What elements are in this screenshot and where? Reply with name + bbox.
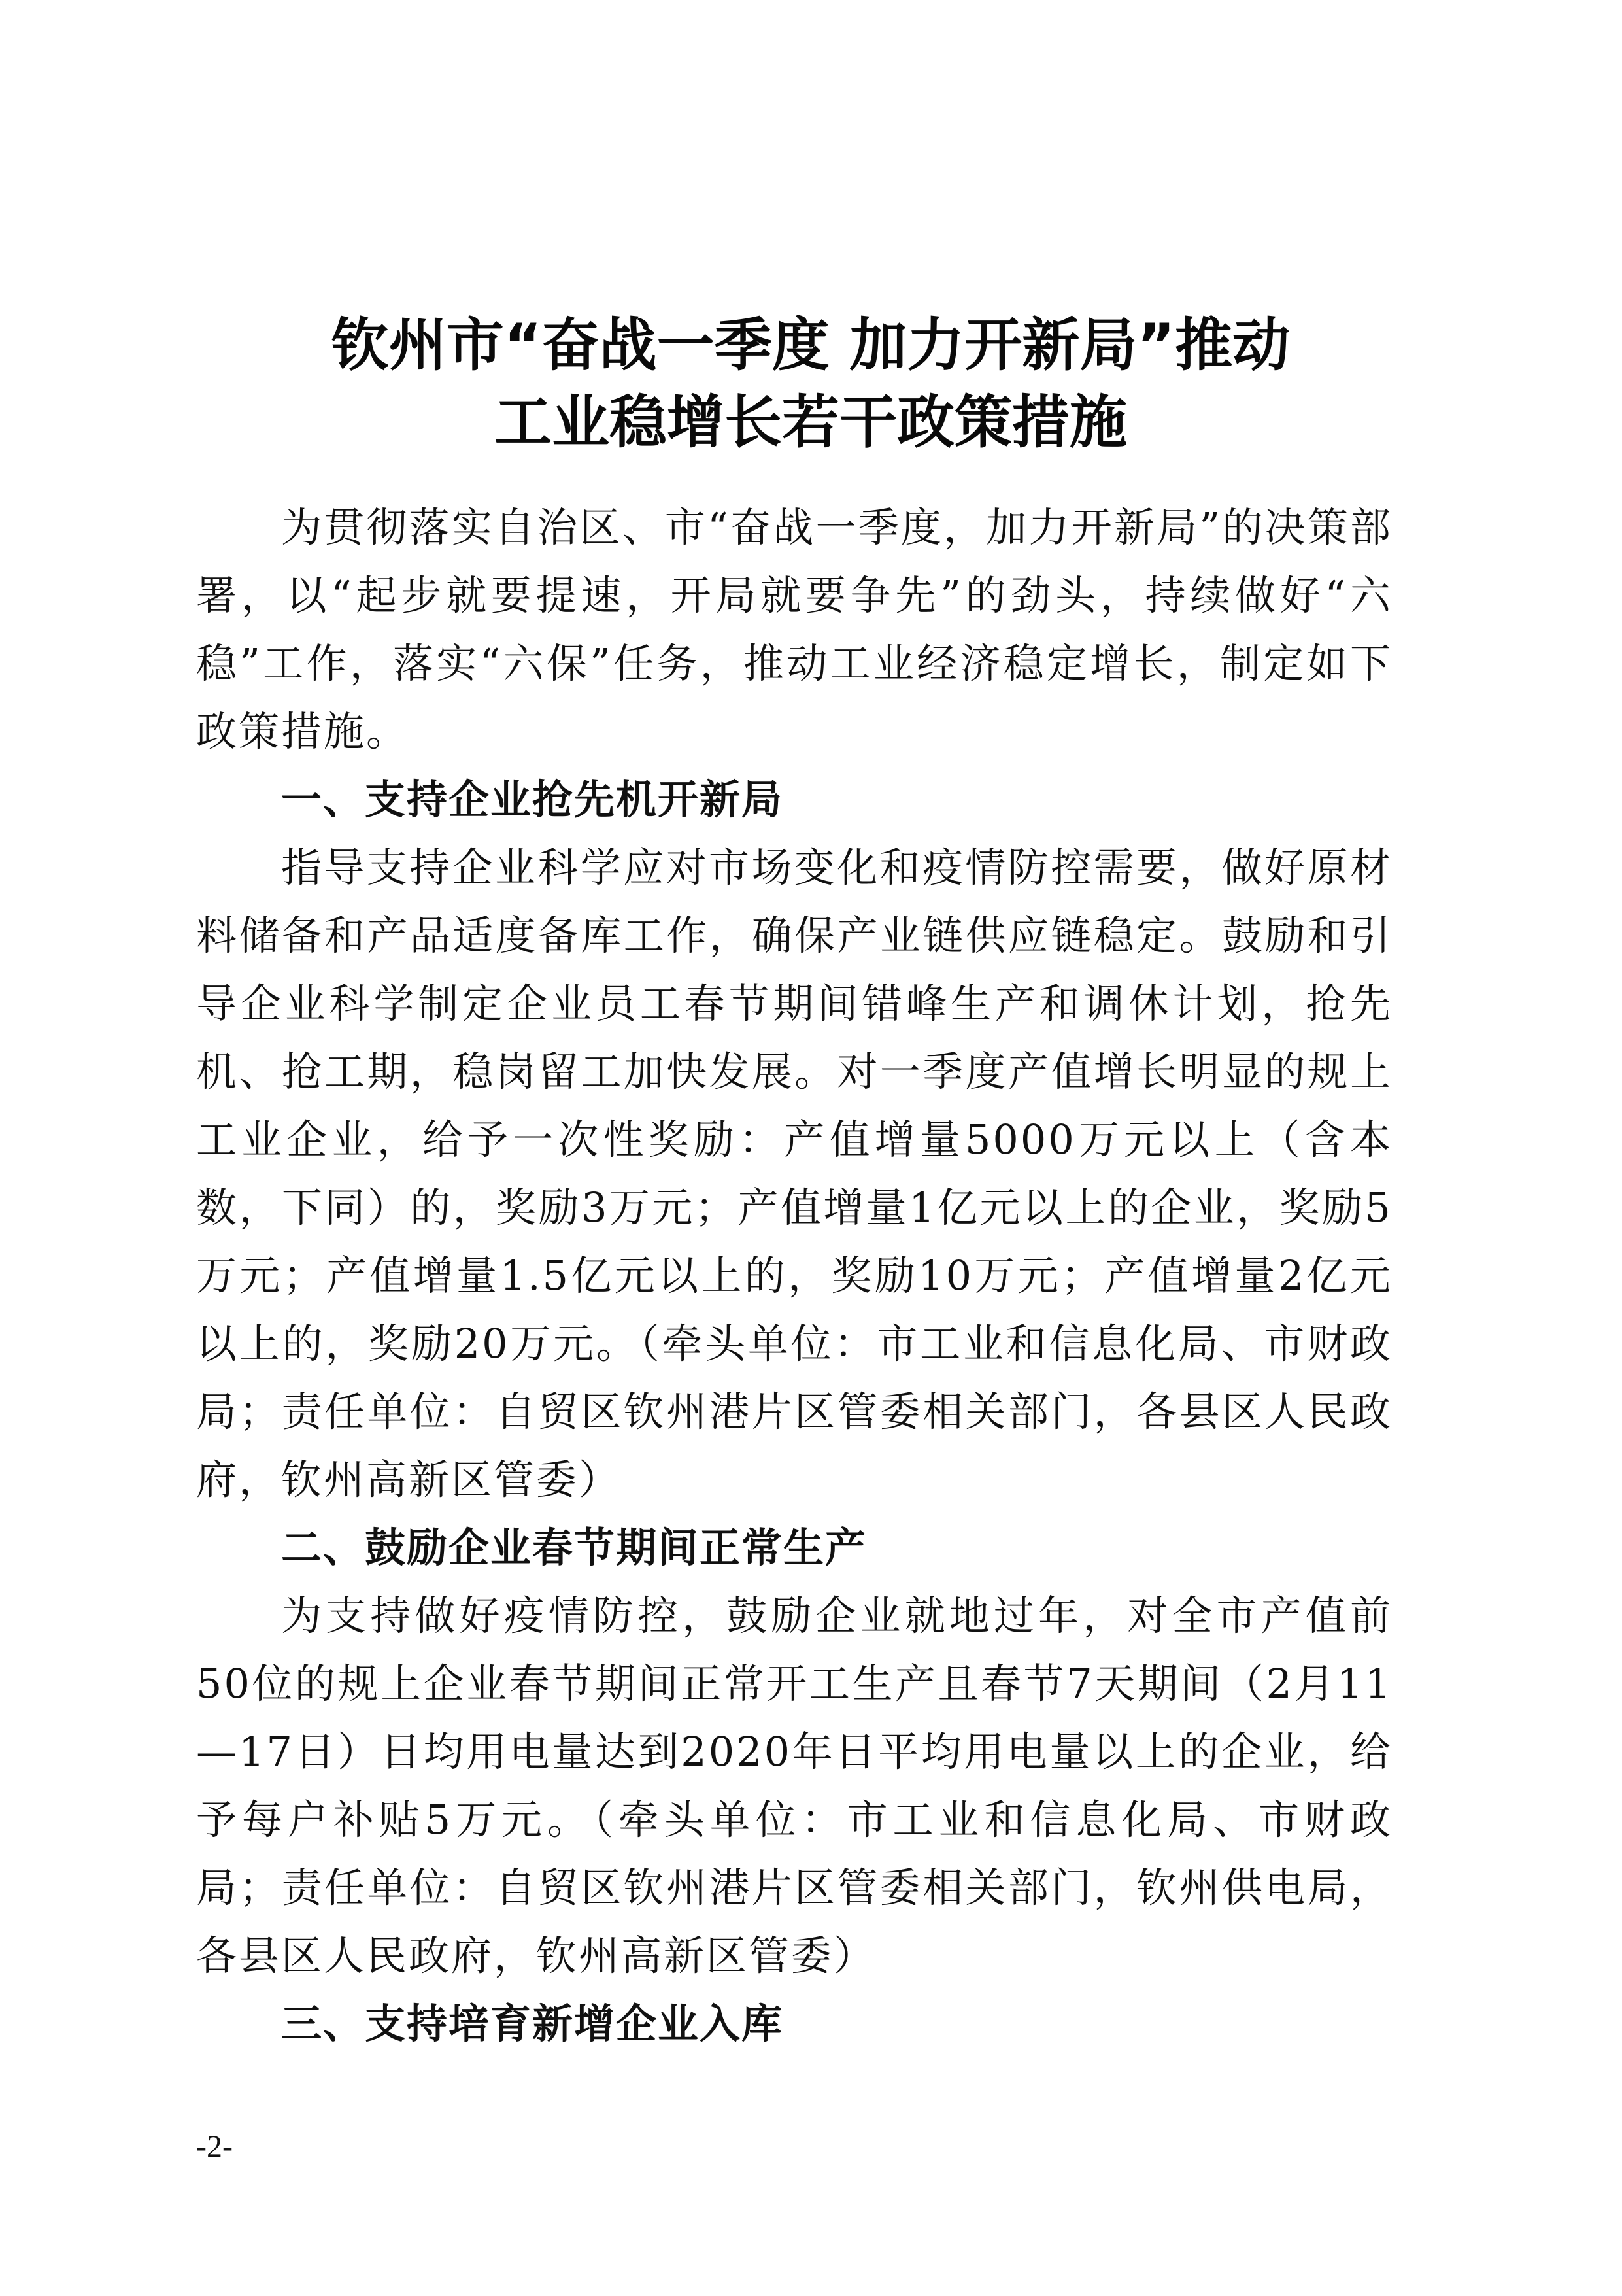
page-number: -2- (196, 2129, 233, 2165)
document-page: 钦州市“奋战一季度 加力开新局”推动 工业稳增长若干政策措施 为贯彻落实自治区、… (0, 0, 1622, 2296)
title-line-2: 工业稳增长若干政策措施 (196, 384, 1425, 461)
section-heading-1: 一、支持企业抢先机开新局 (196, 766, 1393, 834)
document-body: 为贯彻落实自治区、市“奋战一季度，加力开新局”的决策部署，以“起步就要提速，开局… (196, 494, 1393, 2058)
intro-paragraph: 为贯彻落实自治区、市“奋战一季度，加力开新局”的决策部署，以“起步就要提速，开局… (196, 494, 1393, 766)
document-title: 钦州市“奋战一季度 加力开新局”推动 工业稳增长若干政策措施 (196, 307, 1425, 461)
section-body-1: 指导支持企业科学应对市场变化和疫情防控需要，做好原材料储备和产品适度备库工作，确… (196, 834, 1393, 1514)
title-line-1: 钦州市“奋战一季度 加力开新局”推动 (196, 307, 1425, 384)
section-body-2: 为支持做好疫情防控，鼓励企业就地过年，对全市产值前50位的规上企业春节期间正常开… (196, 1582, 1393, 1990)
section-heading-2: 二、鼓励企业春节期间正常生产 (196, 1514, 1393, 1582)
section-heading-3: 三、支持培育新增企业入库 (196, 1990, 1393, 2058)
